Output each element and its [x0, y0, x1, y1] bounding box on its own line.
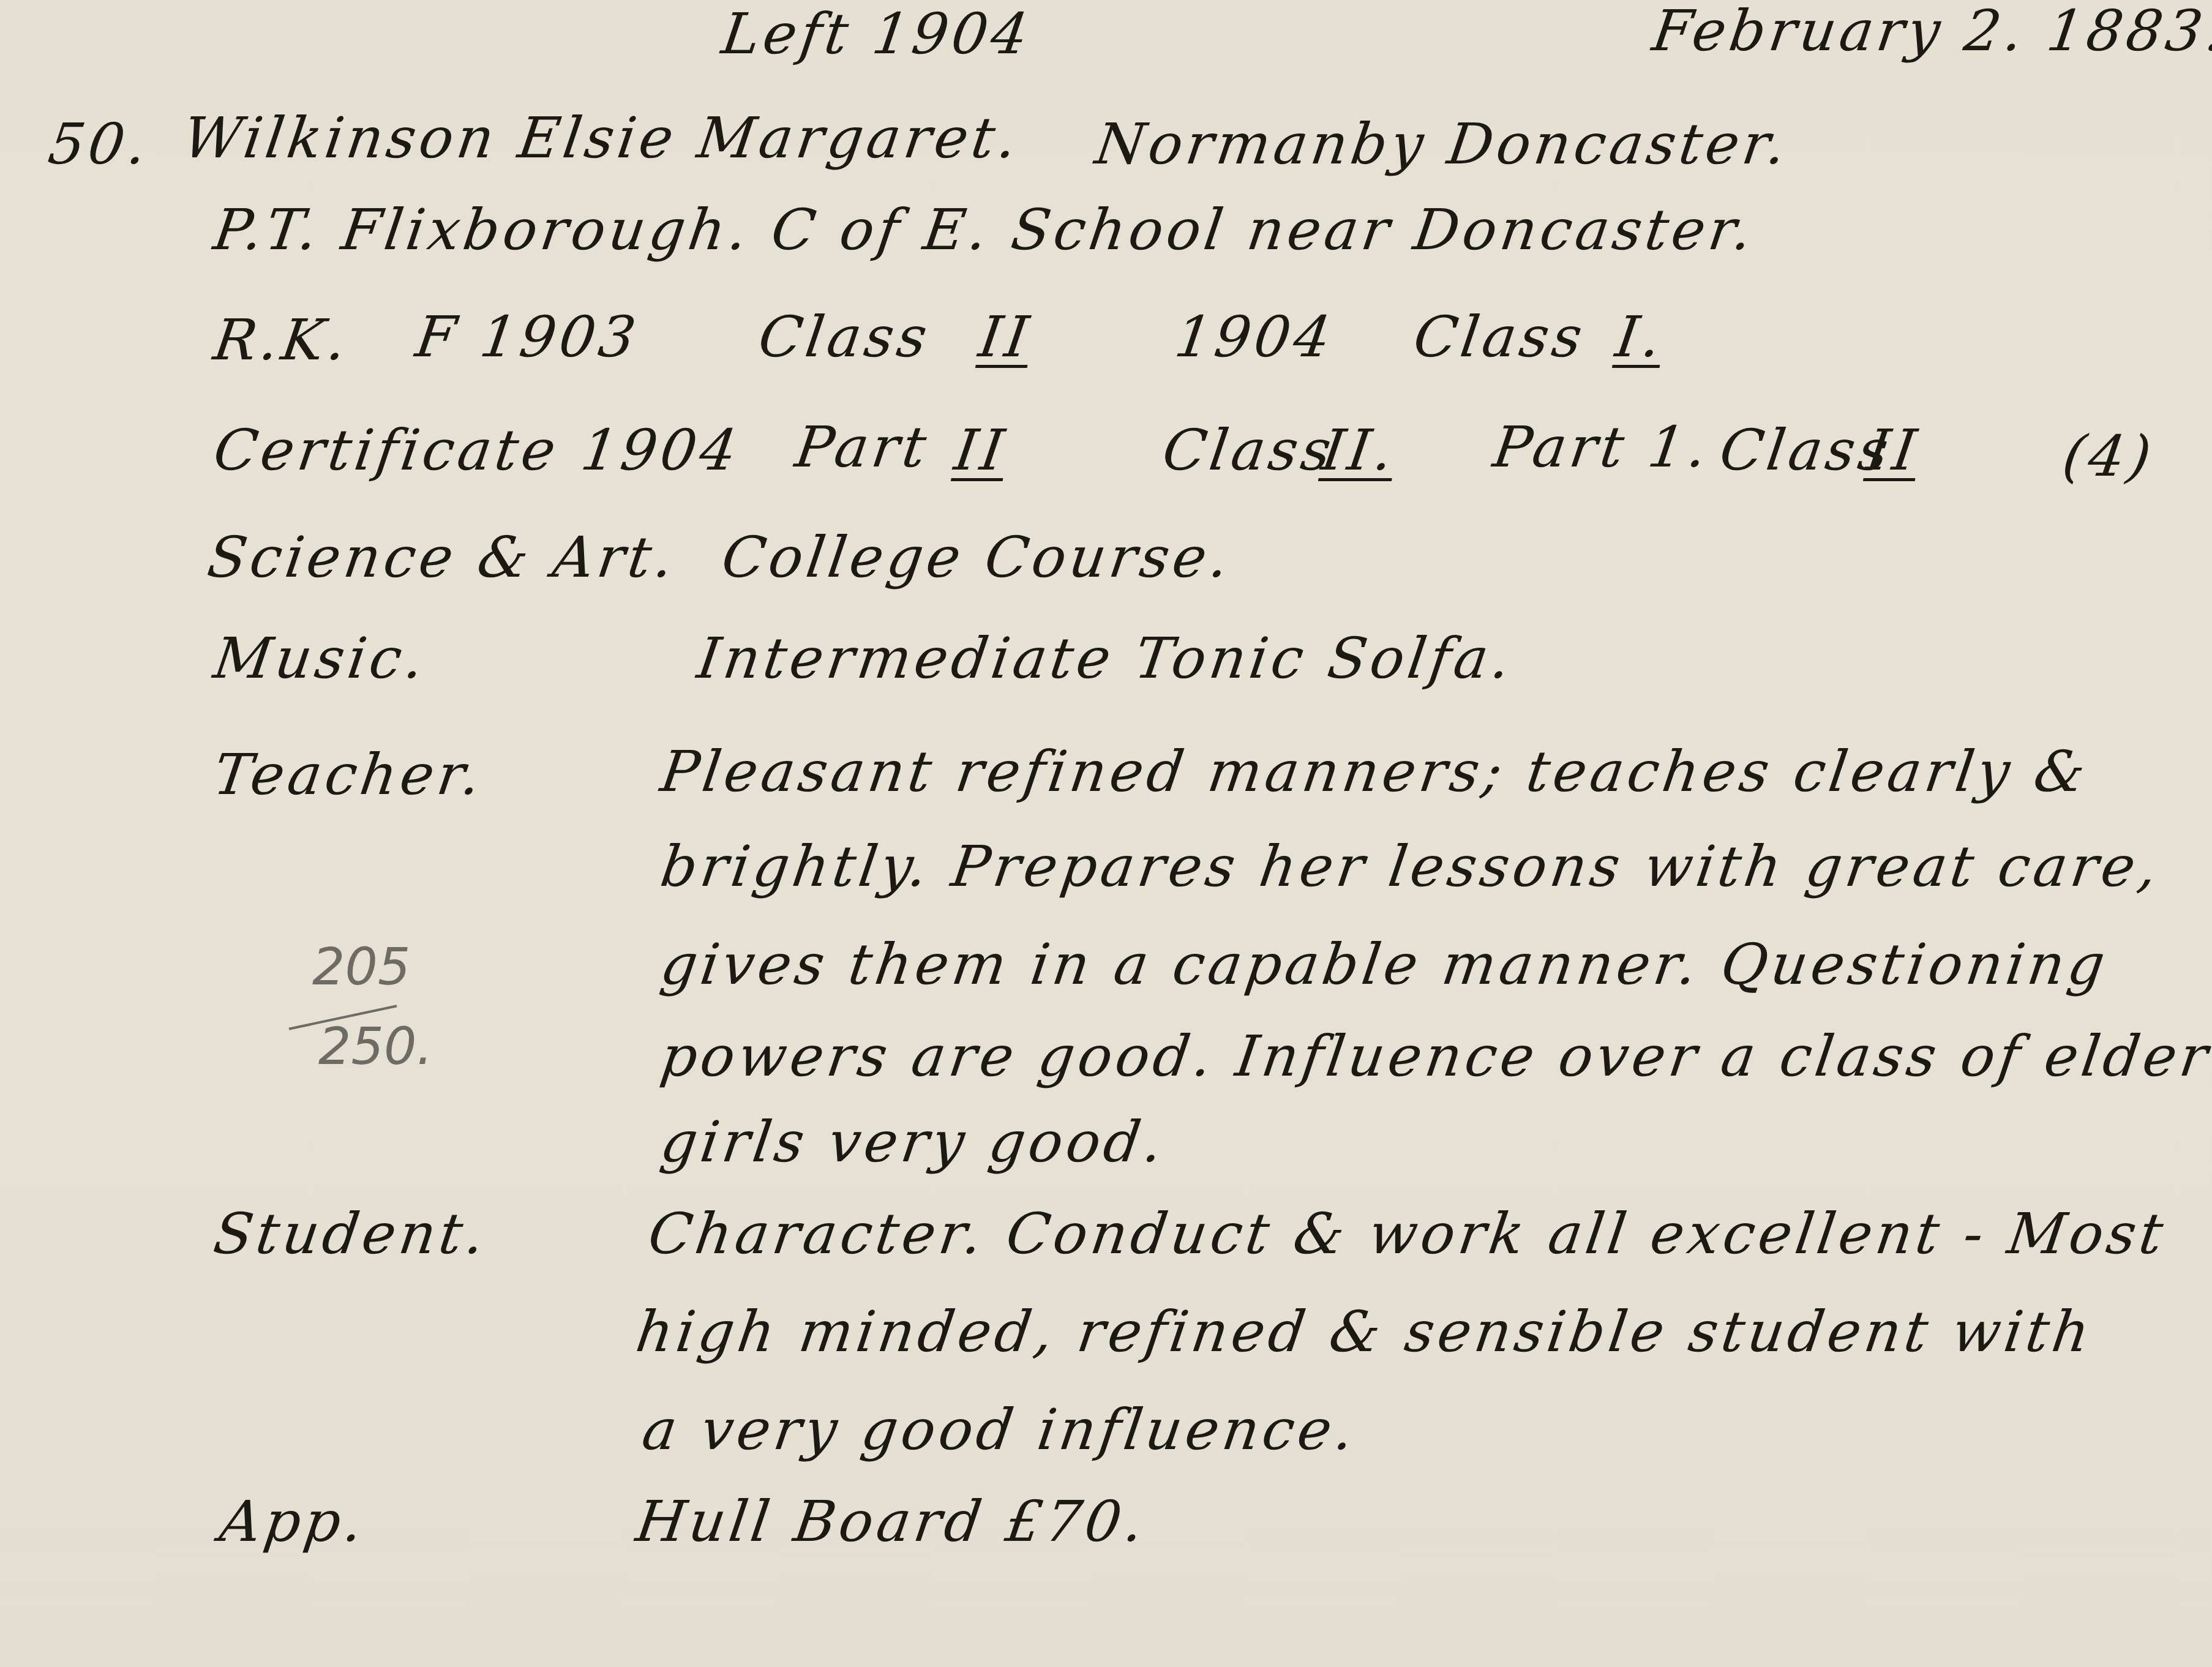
- register-page: Left 1904 February 2. 1883. 50. Wilkinso…: [0, 0, 2212, 1667]
- pupil-teacher-school: P.T. Flixborough. C of E. School near Do…: [211, 202, 1759, 258]
- certificate-part2-class-value: II.: [1319, 422, 1400, 479]
- science-art-value: College Course.: [719, 530, 1236, 586]
- certificate-label: Certificate: [211, 422, 563, 479]
- student-address: Normanby Doncaster.: [1092, 116, 1793, 173]
- teacher-remark-line: brightly. Prepares her lessons with grea…: [658, 839, 2164, 895]
- certificate-part1-label: Part 1.: [1490, 419, 1714, 476]
- student-remark-line: Character. Conduct & work all excellent …: [645, 1206, 2170, 1262]
- certificate-part2-value: II: [951, 422, 1011, 479]
- certificate-part1-class-value: II: [1864, 422, 1924, 479]
- certificate-part2-class-label: Class: [1160, 422, 1338, 479]
- teacher-remark-line: powers are good. Influence over a class …: [658, 1028, 2212, 1085]
- rk-second-year: 1904: [1172, 309, 1338, 365]
- appointment-value: Hull Board £70.: [633, 1494, 1150, 1550]
- teacher-remark-line: girls very good.: [658, 1114, 1170, 1171]
- rk-first-year: F 1903: [413, 309, 643, 365]
- certificate-part2-label: Part: [792, 419, 934, 476]
- certificate-margin-mark: (4): [2060, 429, 2158, 485]
- teacher-remark-line: Pleasant refined manners; teaches clearl…: [658, 744, 2093, 800]
- rk-class1-value: II: [976, 309, 1036, 365]
- rk-class2-label: Class: [1411, 309, 1589, 365]
- certificate-year: 1904: [578, 422, 744, 479]
- teacher-score-denominator: 250.: [318, 1016, 433, 1076]
- student-remark-line: a very good influence.: [639, 1402, 1361, 1458]
- teacher-label: Teacher.: [211, 747, 488, 803]
- music-label: Music.: [211, 631, 431, 687]
- teacher-remark-line: gives them in a capable manner. Question…: [658, 937, 2112, 993]
- teacher-score-numerator: 205: [312, 937, 410, 997]
- rk-class2-value: I.: [1613, 309, 1668, 365]
- entry-number: 50.: [45, 116, 154, 173]
- rk-label: R.K.: [211, 312, 353, 369]
- music-value: Intermediate Tonic Solfa.: [694, 631, 1517, 687]
- science-art-label: Science & Art.: [204, 530, 681, 586]
- rk-class1-label: Class: [755, 309, 934, 365]
- student-label: Student.: [211, 1206, 492, 1262]
- appointment-label: App.: [217, 1494, 370, 1550]
- left-year-note: Left 1904: [719, 6, 1035, 62]
- student-name: Wilkinson Elsie Margaret.: [180, 110, 1024, 167]
- student-remark-line: high minded, refined & sensible student …: [633, 1304, 2097, 1360]
- birth-date: February 2. 1883.: [1649, 3, 2212, 59]
